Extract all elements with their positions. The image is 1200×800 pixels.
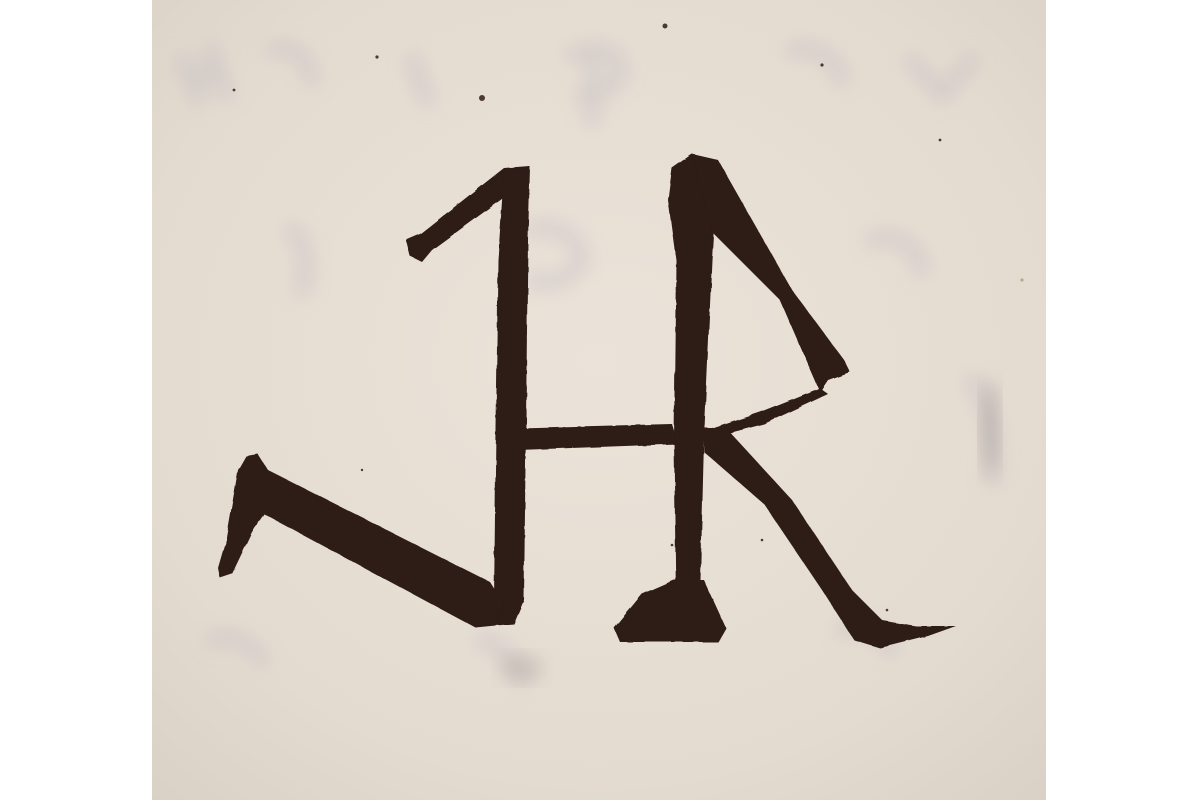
paper-stain — [981, 380, 999, 476]
monogram-illustration — [152, 0, 1046, 800]
image-canvas: Ink monogram resembling a mirrored/rever… — [0, 0, 1200, 800]
paper-stain — [500, 654, 544, 682]
manuscript-photo: Ink monogram resembling a mirrored/rever… — [152, 0, 1046, 800]
